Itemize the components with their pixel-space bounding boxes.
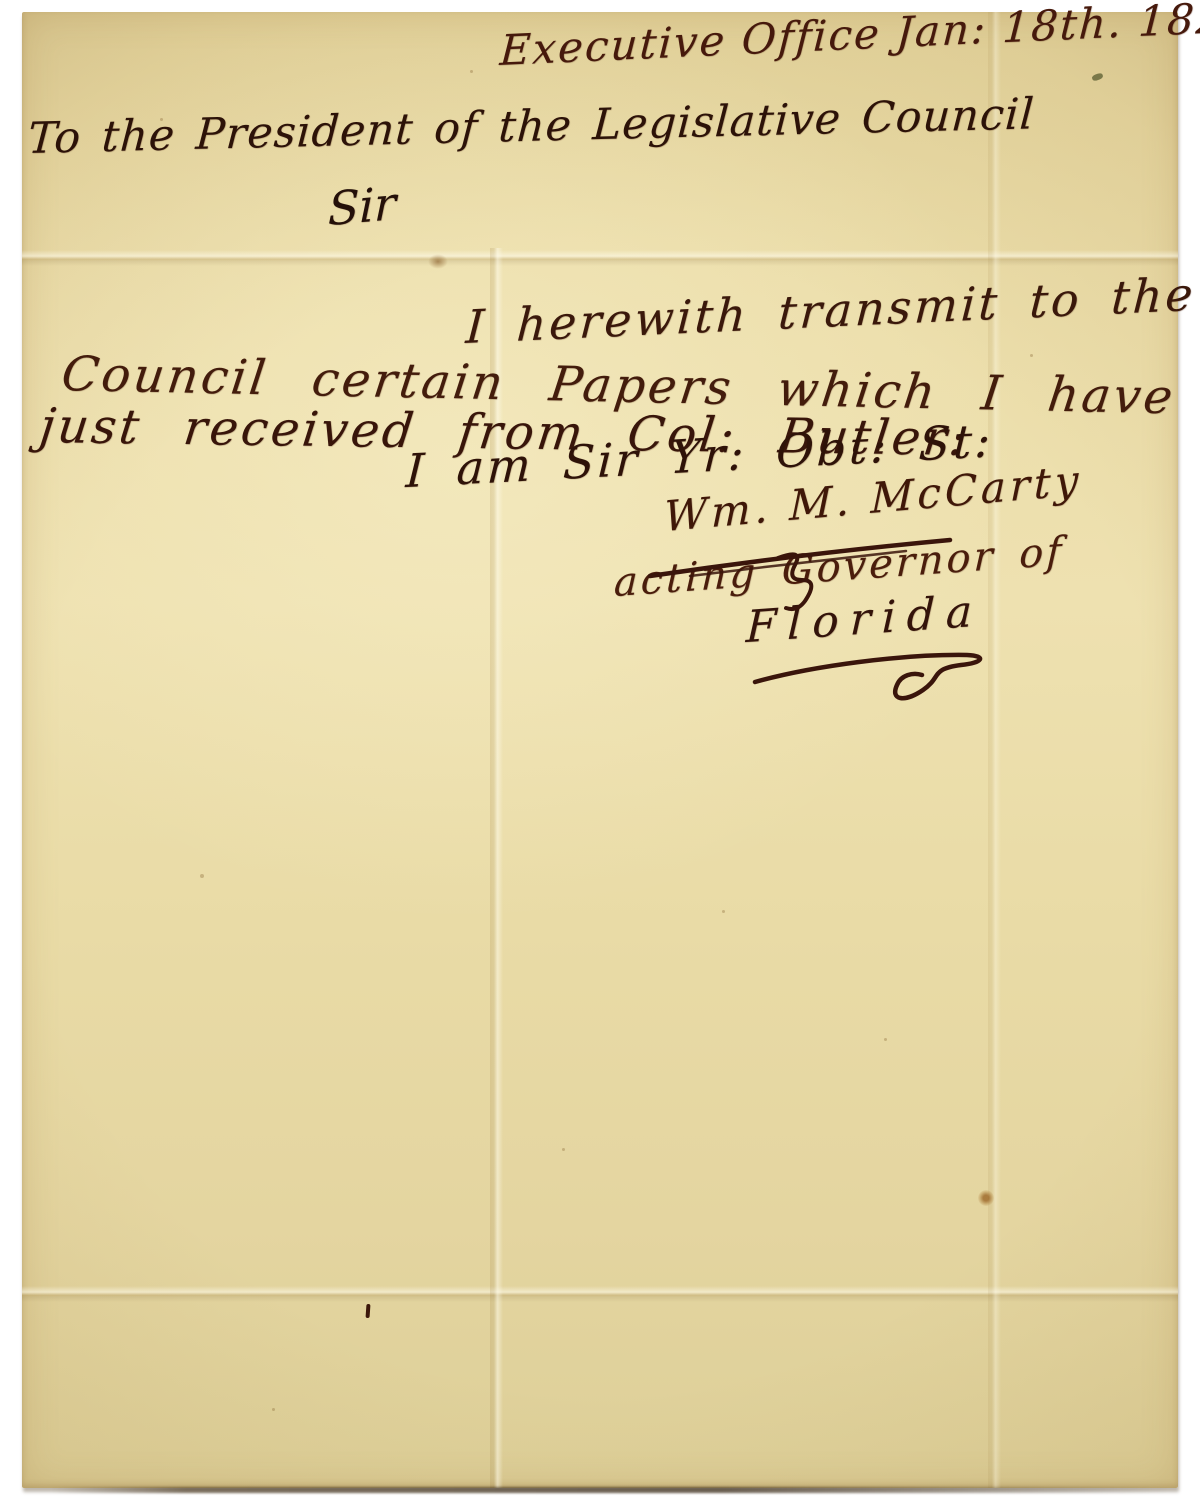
paper-speck [272, 1408, 275, 1411]
salutation: Sir [328, 176, 397, 236]
fold-line-vertical-right [988, 12, 1001, 1488]
paper-speck [562, 1148, 565, 1151]
recipient-line: To the President of the Legislative Coun… [26, 89, 1036, 164]
speck-under-date [1091, 72, 1103, 81]
paper-speck [722, 910, 725, 913]
paper-speck [200, 874, 204, 878]
paper-speck [884, 1038, 887, 1041]
dateline: Executive Office Jan: 18th. 1828 [499, 0, 1200, 75]
fold-line-horizontal-upper [22, 250, 1178, 266]
stain-top-fold [428, 254, 448, 269]
stray-ink-mark [366, 1304, 371, 1318]
paraph-flourish [755, 655, 980, 698]
paper-speck [470, 70, 473, 73]
paper-speck [1030, 354, 1033, 357]
body-line-1: I herewith transmit to the [464, 267, 1197, 354]
scan-background: Executive Office Jan: 18th. 1828 To the … [0, 0, 1200, 1506]
paper-sheet: Executive Office Jan: 18th. 1828 To the … [22, 12, 1178, 1488]
signature-place-line: Florida [745, 585, 984, 653]
stain-right-edge [978, 1190, 994, 1206]
fold-line-horizontal-lower [22, 1286, 1178, 1302]
